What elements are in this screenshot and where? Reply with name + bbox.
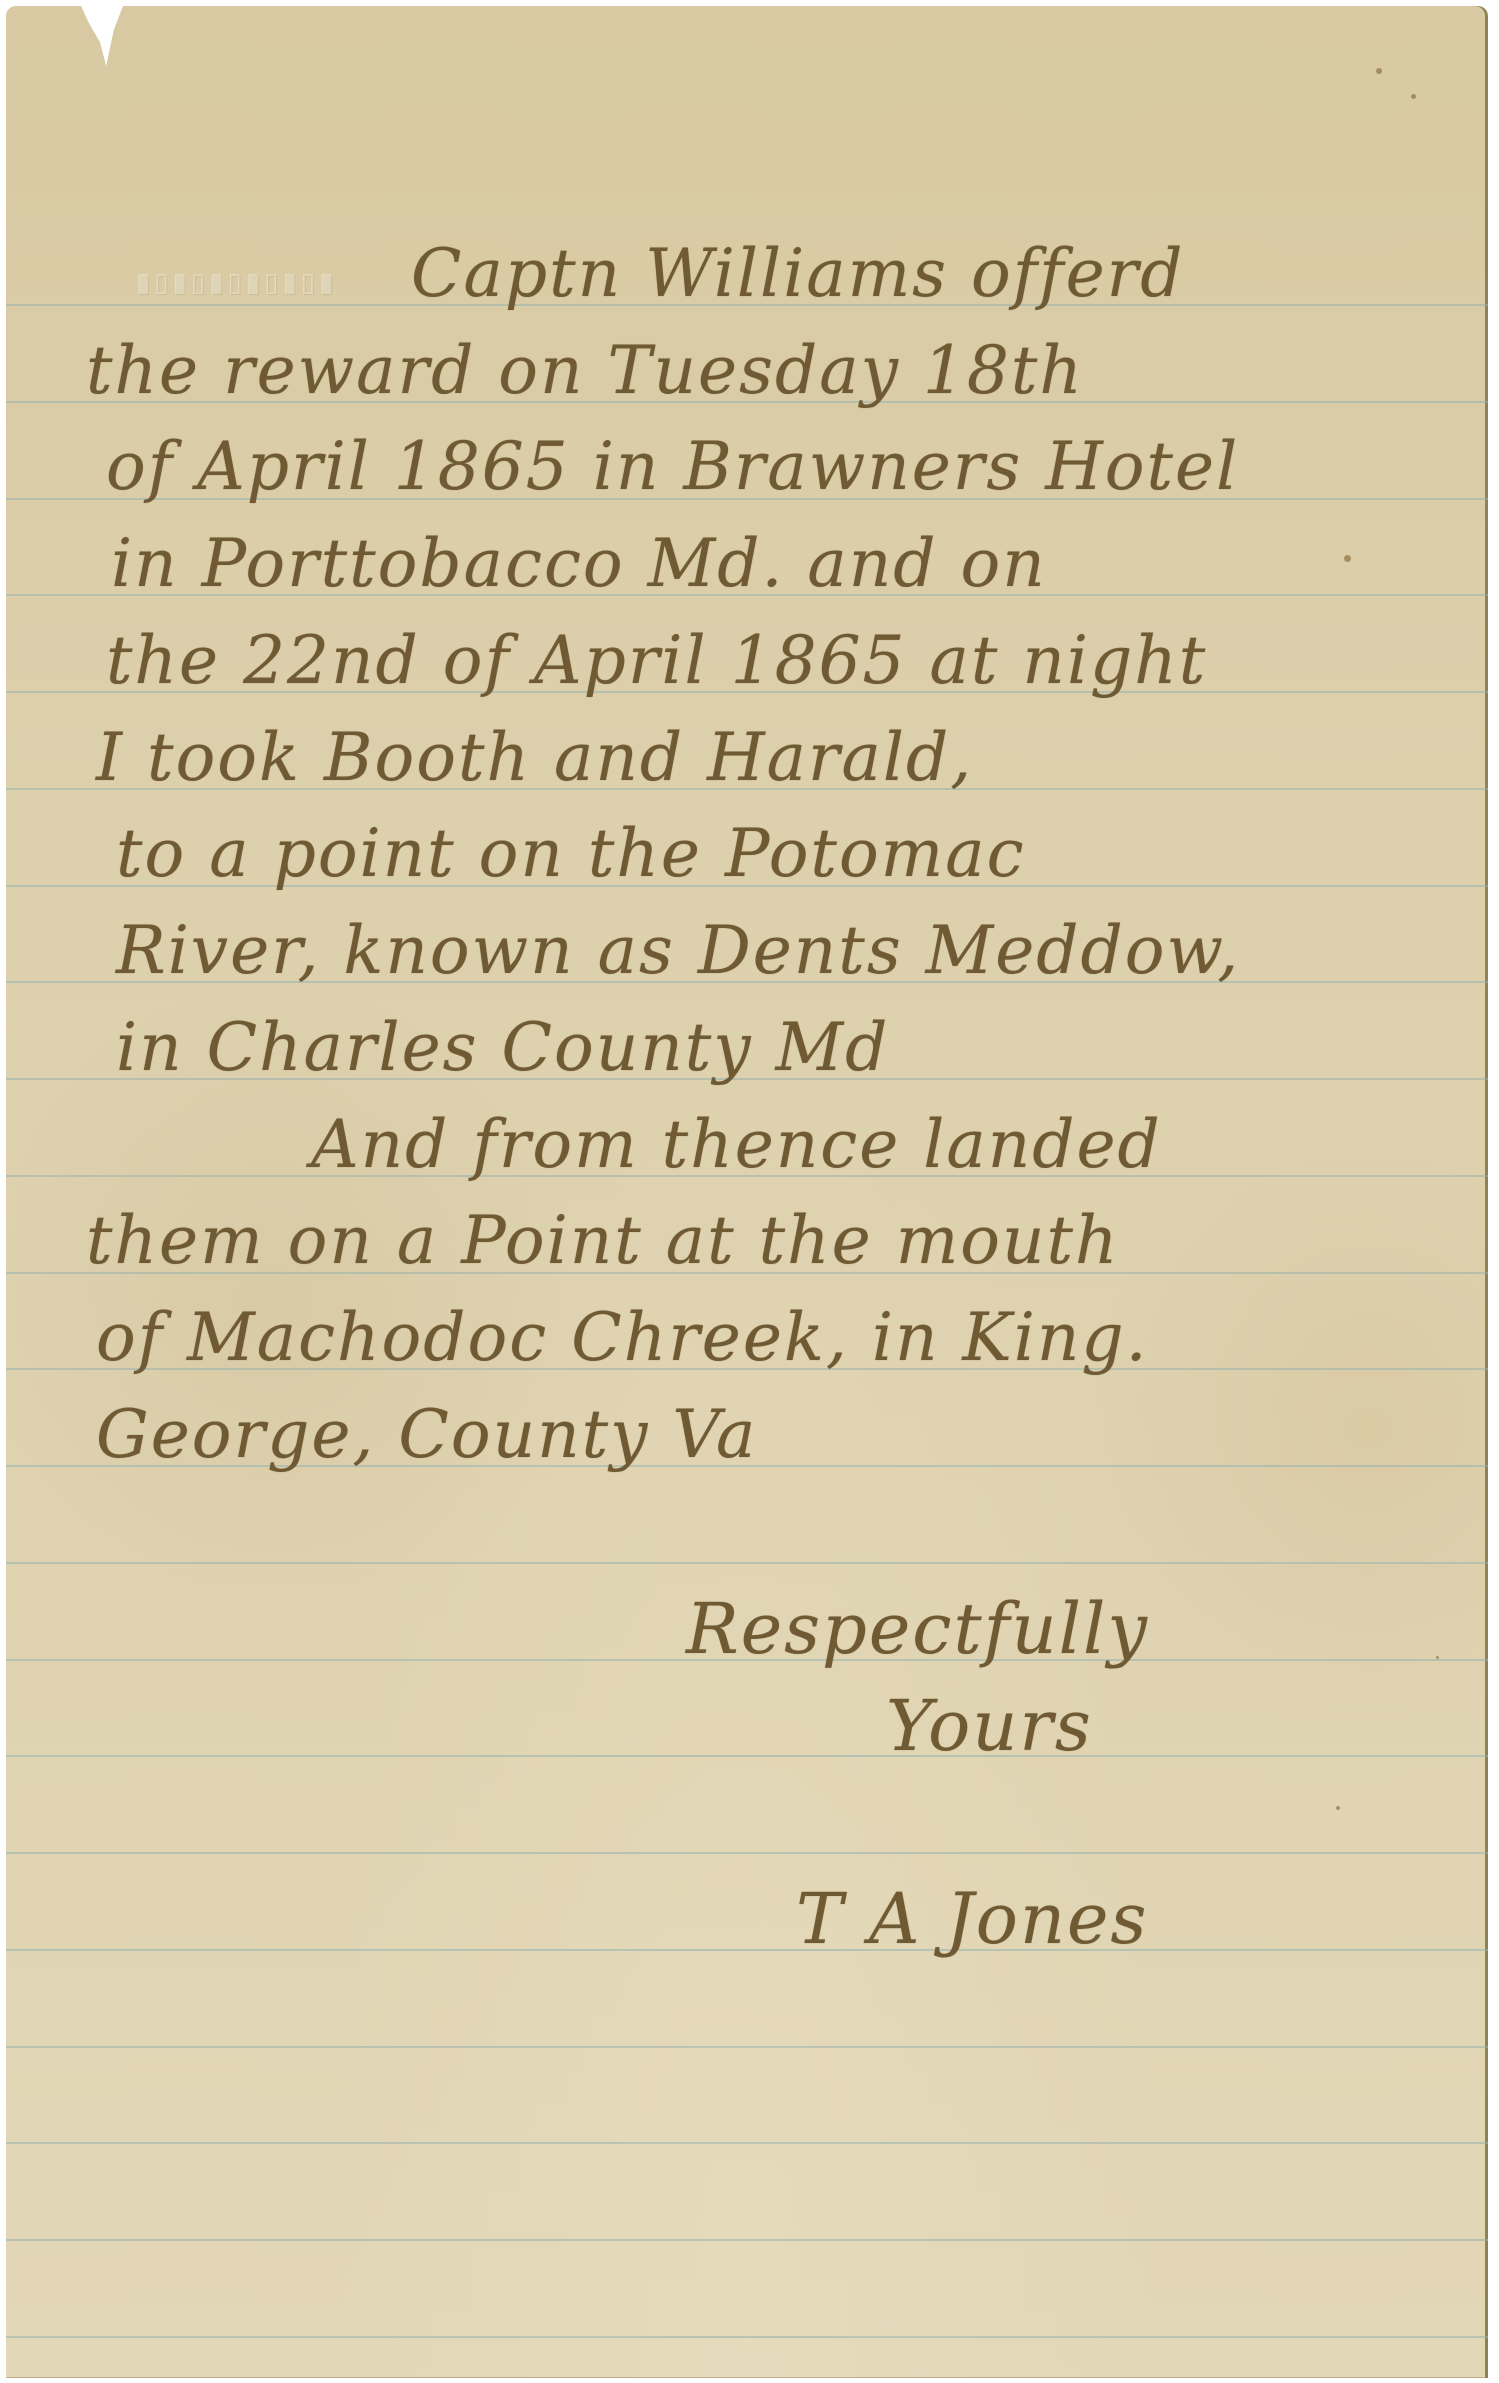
foxing-spot: [1436, 1656, 1439, 1659]
letter-line: River, known as Dents Meddow,: [116, 918, 1240, 984]
foxing-spot: [1336, 1806, 1340, 1810]
closing-respectfully: Respectfully: [686, 1594, 1149, 1664]
letter-line: And from thence landed: [311, 1112, 1162, 1178]
ink-blot: [1344, 555, 1351, 562]
ruled-line: [6, 2142, 1488, 2144]
ruled-line: [6, 2046, 1488, 2048]
ruled-line: [6, 1852, 1488, 1854]
letter-line: in Porttobacco Md. and on: [111, 531, 1047, 597]
embossed-stamp: ▮▯▮▯▮▯▮▯▮▯▮: [136, 268, 381, 296]
ruled-line: [6, 2239, 1488, 2241]
letter-line: of April 1865 in Brawners Hotel: [106, 434, 1239, 500]
foxing-spot: [1376, 68, 1382, 74]
letter-line: them on a Point at the mouth: [86, 1208, 1120, 1274]
letter-line: of Machodoc Chreek, in King.: [96, 1305, 1149, 1371]
letter-line: in Charles County Md: [116, 1015, 889, 1081]
torn-corner: [81, 6, 123, 66]
ruled-line: [6, 1755, 1488, 1757]
foxing-spot: [1411, 94, 1416, 99]
signature: T A Jones: [796, 1884, 1148, 1954]
ruled-line: [6, 1562, 1488, 1564]
letter-line: Captn Williams offerd: [411, 241, 1184, 307]
letter-line: the 22nd of April 1865 at night: [106, 628, 1207, 694]
ruled-line: [6, 1949, 1488, 1951]
letter-page: ▮▯▮▯▮▯▮▯▮▯▮ Captn Williams offerd the re…: [6, 6, 1488, 2378]
letter-line: to a point on the Potomac: [116, 821, 1026, 887]
closing-yours: Yours: [886, 1691, 1093, 1761]
letter-line: the reward on Tuesday 18th: [86, 338, 1084, 404]
ruled-line: [6, 2336, 1488, 2338]
letter-line: I took Booth and Harald,: [96, 725, 973, 791]
letter-line: George, County Va: [96, 1402, 757, 1468]
